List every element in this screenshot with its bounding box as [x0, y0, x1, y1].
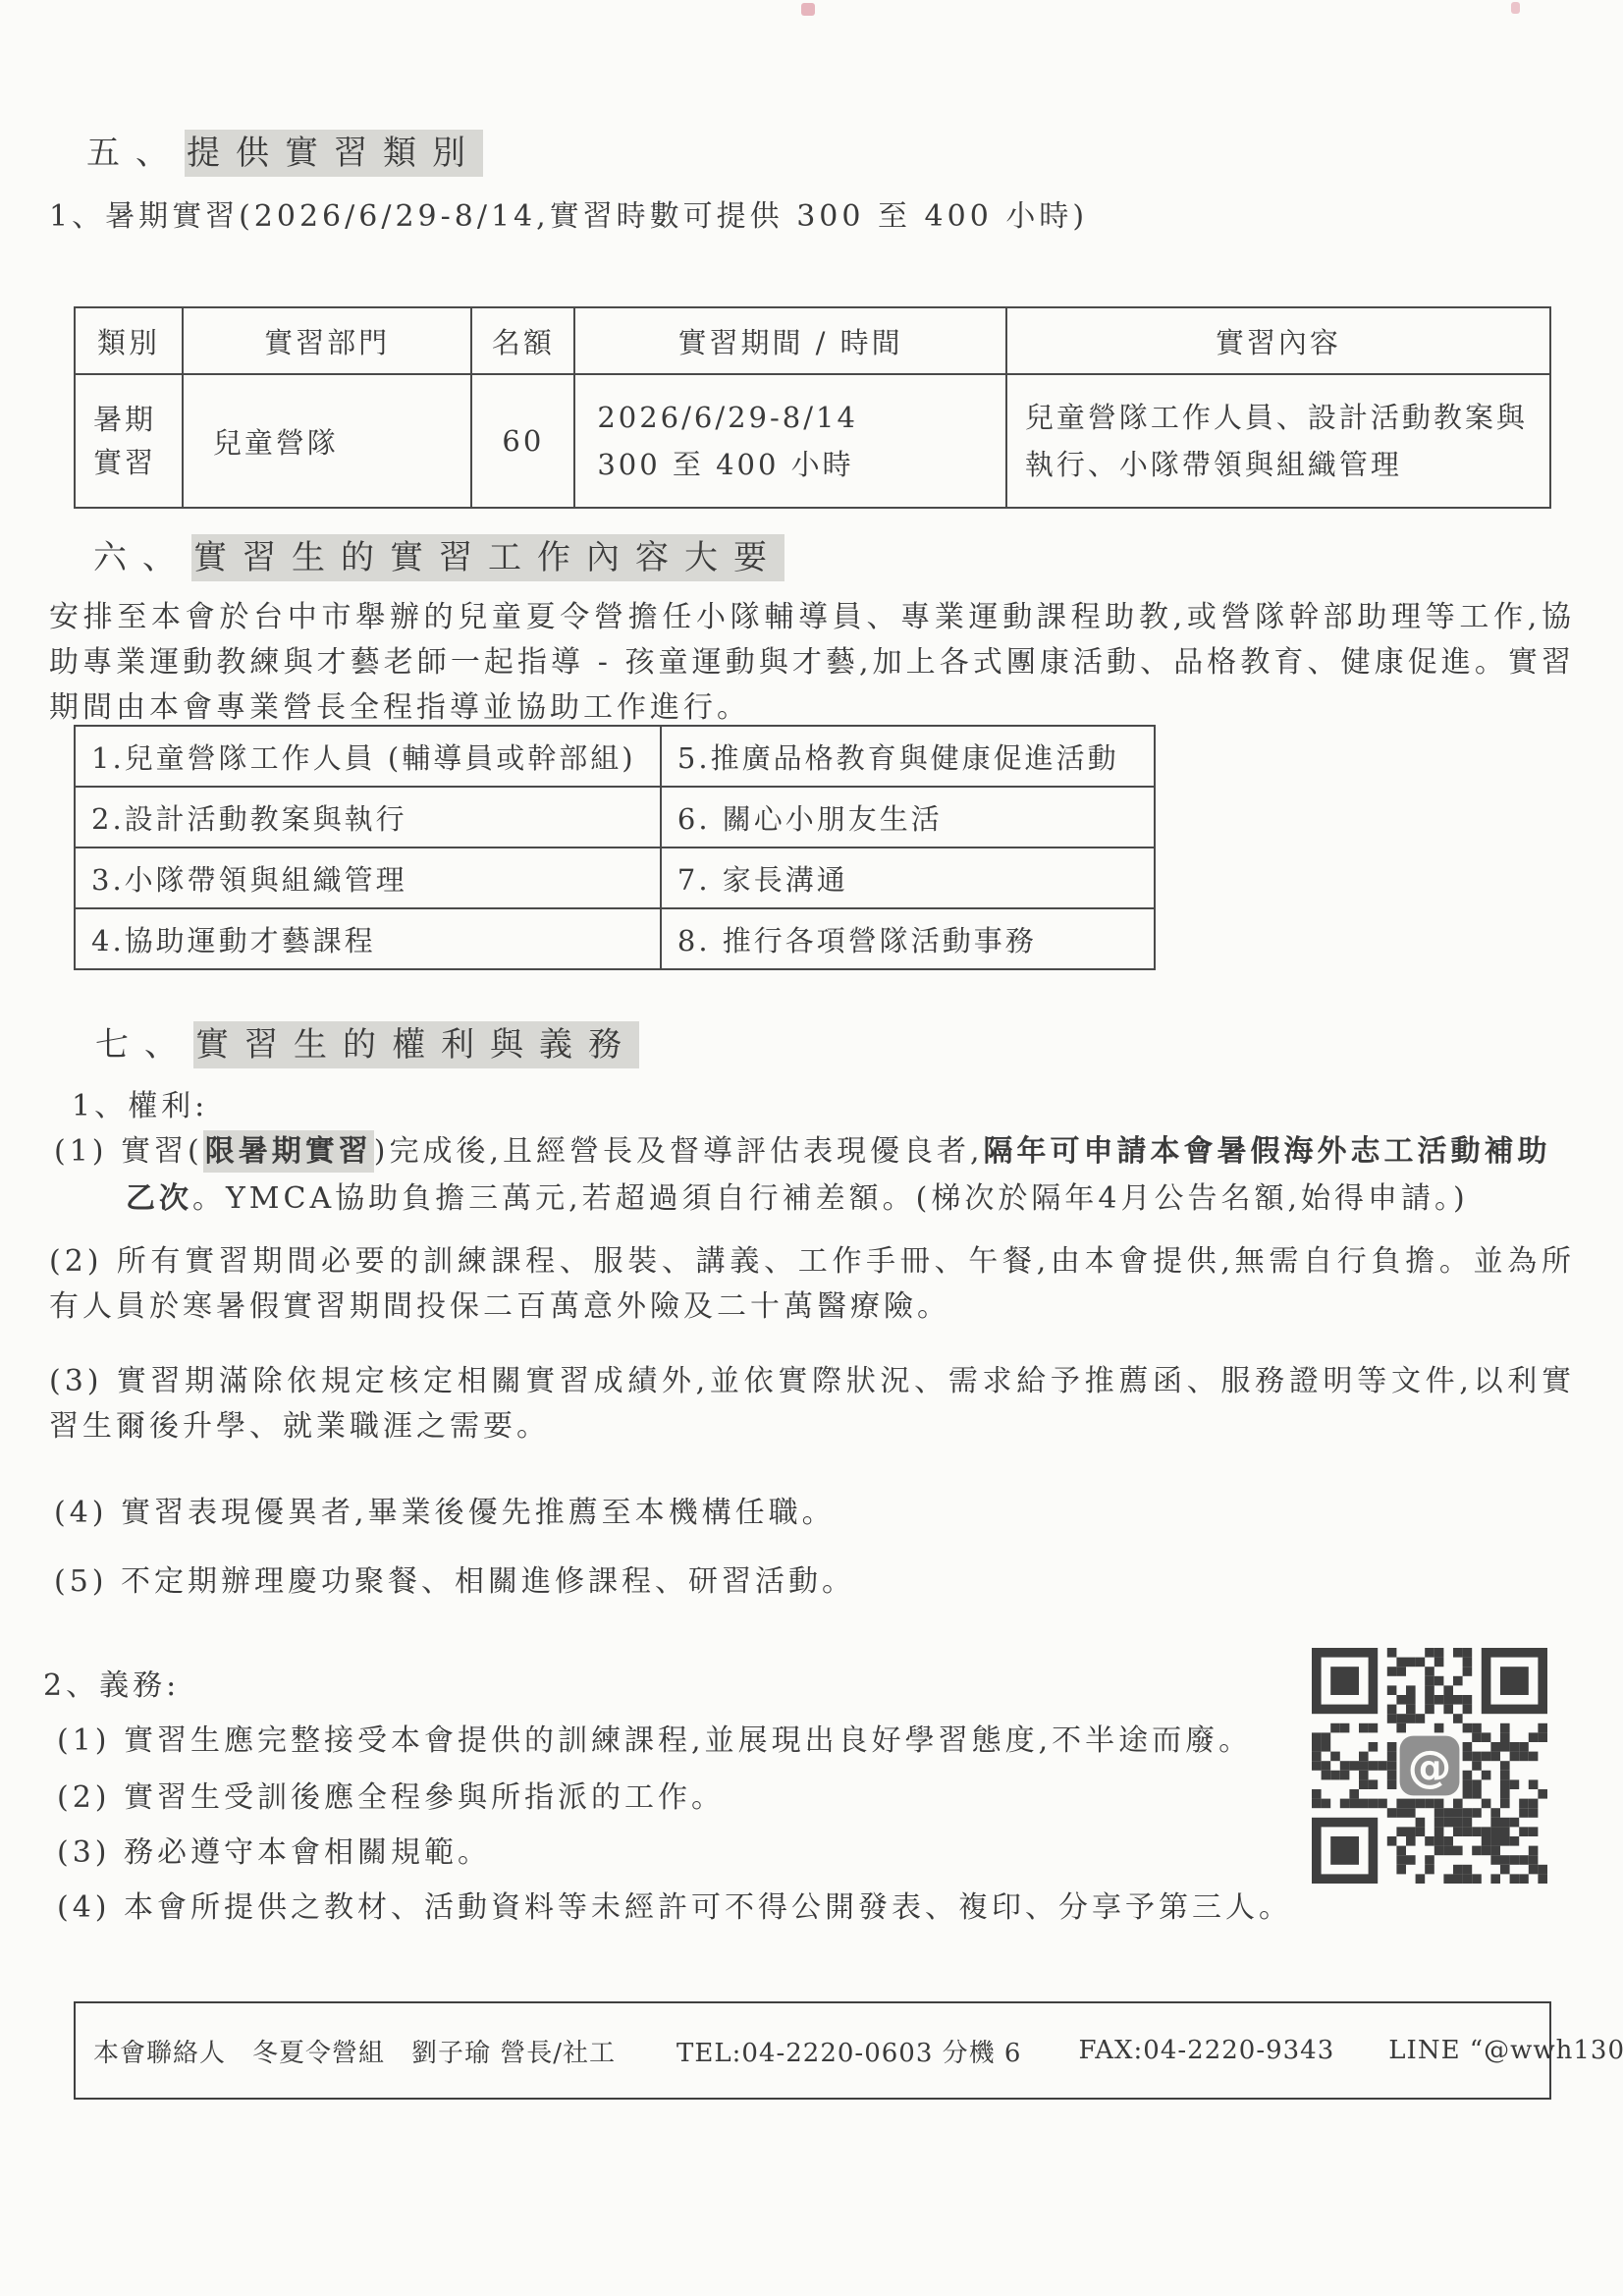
text-segment: (1) 實習( — [54, 1134, 203, 1169]
header-quota: 名額 — [471, 307, 574, 374]
work-item-7: 7. 家長溝通 — [661, 847, 1155, 908]
contact-footer: 本會聯絡人 冬夏令營組 劉子瑜 營長/社工 TEL:04-2220-0603 分… — [74, 2001, 1551, 2100]
work-item-5: 5.推廣品格教育與健康促進活動 — [661, 726, 1155, 787]
duties-item-2: (2) 實習生受訓後應全程參與所指派的工作。 — [57, 1776, 1294, 1821]
work-item-4: 4.協助運動才藝課程 — [75, 908, 661, 969]
header-category: 類別 — [75, 307, 183, 374]
section-7-heading: 七、實習生的權利與義務 — [95, 1017, 639, 1066]
duties-item-1: (1) 實習生應完整接受本會提供的訓練課程,並展現出良好學習態度,不半途而廢。 — [57, 1719, 1294, 1764]
text-segment: 隔年可申請本會暑假海外志工活動補助 — [984, 1134, 1551, 1169]
text-segment: 限暑期實習 — [203, 1130, 374, 1173]
duties-item-3: (3) 務必遵守本會相關規範。 — [57, 1831, 1294, 1876]
line-qr-code: @ — [1312, 1648, 1547, 1884]
section-6-heading: 六、實習生的實習工作內容大要 — [93, 530, 784, 578]
section-5-heading: 五、提供實習類別 — [86, 126, 483, 174]
cell-quota: 60 — [471, 374, 574, 508]
rights-item-5: (5) 不定期辦理慶功聚餐、相關進修課程、研習活動。 — [54, 1559, 855, 1605]
svg-text:@: @ — [1408, 1740, 1452, 1792]
qr-code-svg: @ — [1312, 1648, 1547, 1884]
section-6-paragraph: 安排至本會於台中市舉辦的兒童夏令營擔任小隊輔導員、專業運動課程助教,或營隊幹部助… — [49, 595, 1575, 731]
work-item-1: 1.兒童營隊工作人員 (輔導員或幹部組) — [75, 726, 661, 787]
rights-item-1-line-1: (1) 實習(限暑期實習)完成後,且經營長及督導評估表現優良者,隔年可申請本會暑… — [54, 1129, 1586, 1175]
rights-item-2: (2) 所有實習期間必要的訓練課程、服裝、講義、工作手冊、午餐,由本會提供,無需… — [49, 1239, 1575, 1330]
section-7-number: 七、 — [95, 1025, 193, 1065]
text-segment: 乙次 — [126, 1181, 192, 1216]
work-item-3: 3.小隊帶領與組織管理 — [75, 847, 661, 908]
scan-artifact-mark — [1511, 2, 1520, 14]
rights-item-3: (3) 實習期滿除依規定核定相關實習成績外,並依實際狀況、需求給予推薦函、服務證… — [49, 1359, 1575, 1449]
rights-item-4: (4) 實習表現優異者,畢業後優先推薦至本機構任職。 — [54, 1491, 836, 1536]
contact-tel: TEL:04-2220-0603 分機 6 — [676, 2033, 1021, 2069]
work-item-2: 2.設計活動教案與執行 — [75, 787, 661, 847]
table-row: 暑期實習 兒童營隊 60 2026/6/29-8/14 300 至 400 小時… — [75, 374, 1550, 508]
table-row: 1.兒童營隊工作人員 (輔導員或幹部組) 5.推廣品格教育與健康促進活動 — [75, 726, 1155, 787]
table-row: 4.協助運動才藝課程 8. 推行各項營隊活動事務 — [75, 908, 1155, 969]
cell-category: 暑期實習 — [75, 374, 183, 508]
work-content-table: 1.兒童營隊工作人員 (輔導員或幹部組) 5.推廣品格教育與健康促進活動 2.設… — [74, 725, 1156, 970]
contact-fax: FAX:04-2220-9343 — [1078, 2036, 1334, 2065]
cell-period: 2026/6/29-8/14 300 至 400 小時 — [574, 374, 1006, 508]
cell-department: 兒童營隊 — [183, 374, 472, 508]
header-content: 實習內容 — [1006, 307, 1550, 374]
text-segment: 。YMCA協助負擔三萬元,若超過須自行補差額。(梯次於隔年4月公告名額,始得申請… — [192, 1181, 1469, 1216]
header-department: 實習部門 — [183, 307, 472, 374]
section-5-number: 五、 — [86, 134, 185, 173]
period-hours: 300 至 400 小時 — [597, 441, 1004, 488]
header-period: 實習期間 / 時間 — [574, 307, 1006, 374]
duties-item-4: (4) 本會所提供之教材、活動資料等未經許可不得公開發表、複印、分享予第三人。 — [57, 1886, 1294, 1931]
section-5-item: 1、暑期實習(2026/6/29-8/14,實習時數可提供 300 至 400 … — [49, 194, 1088, 240]
scan-artifact-mark — [801, 3, 815, 16]
duties-label: 2、義務: — [43, 1664, 180, 1709]
period-dates: 2026/6/29-8/14 — [597, 394, 1004, 441]
section-6-title: 實習生的實習工作內容大要 — [191, 534, 784, 581]
table-header-row: 類別 實習部門 名額 實習期間 / 時間 實習內容 — [75, 307, 1550, 374]
rights-label: 1、權利: — [72, 1084, 208, 1129]
rights-item-1-line-2: 乙次。YMCA協助負擔三萬元,若超過須自行補差額。(梯次於隔年4月公告名額,始得… — [126, 1176, 1579, 1222]
table-row: 2.設計活動教案與執行 6. 關心小朋友生活 — [75, 787, 1155, 847]
section-5-title: 提供實習類別 — [185, 130, 483, 177]
section-6-number: 六、 — [93, 538, 191, 577]
work-item-6: 6. 關心小朋友生活 — [661, 787, 1155, 847]
table-row: 3.小隊帶領與組織管理 7. 家長溝通 — [75, 847, 1155, 908]
text-segment: )完成後,且經營長及督導評估表現優良者, — [374, 1134, 984, 1169]
section-7-title: 實習生的權利與義務 — [193, 1021, 639, 1068]
document-page: 五、提供實習類別 1、暑期實習(2026/6/29-8/14,實習時數可提供 3… — [0, 0, 1623, 2296]
contact-line-id: LINE “@wwh1303q” — [1388, 2036, 1623, 2065]
work-item-8: 8. 推行各項營隊活動事務 — [661, 908, 1155, 969]
cell-content: 兒童營隊工作人員、設計活動教案與執行、小隊帶領與組織管理 — [1006, 374, 1550, 508]
contact-person: 本會聯絡人 冬夏令營組 劉子瑜 營長/社工 — [93, 2033, 616, 2069]
internship-category-table: 類別 實習部門 名額 實習期間 / 時間 實習內容 暑期實習 兒童營隊 60 2… — [74, 306, 1551, 509]
